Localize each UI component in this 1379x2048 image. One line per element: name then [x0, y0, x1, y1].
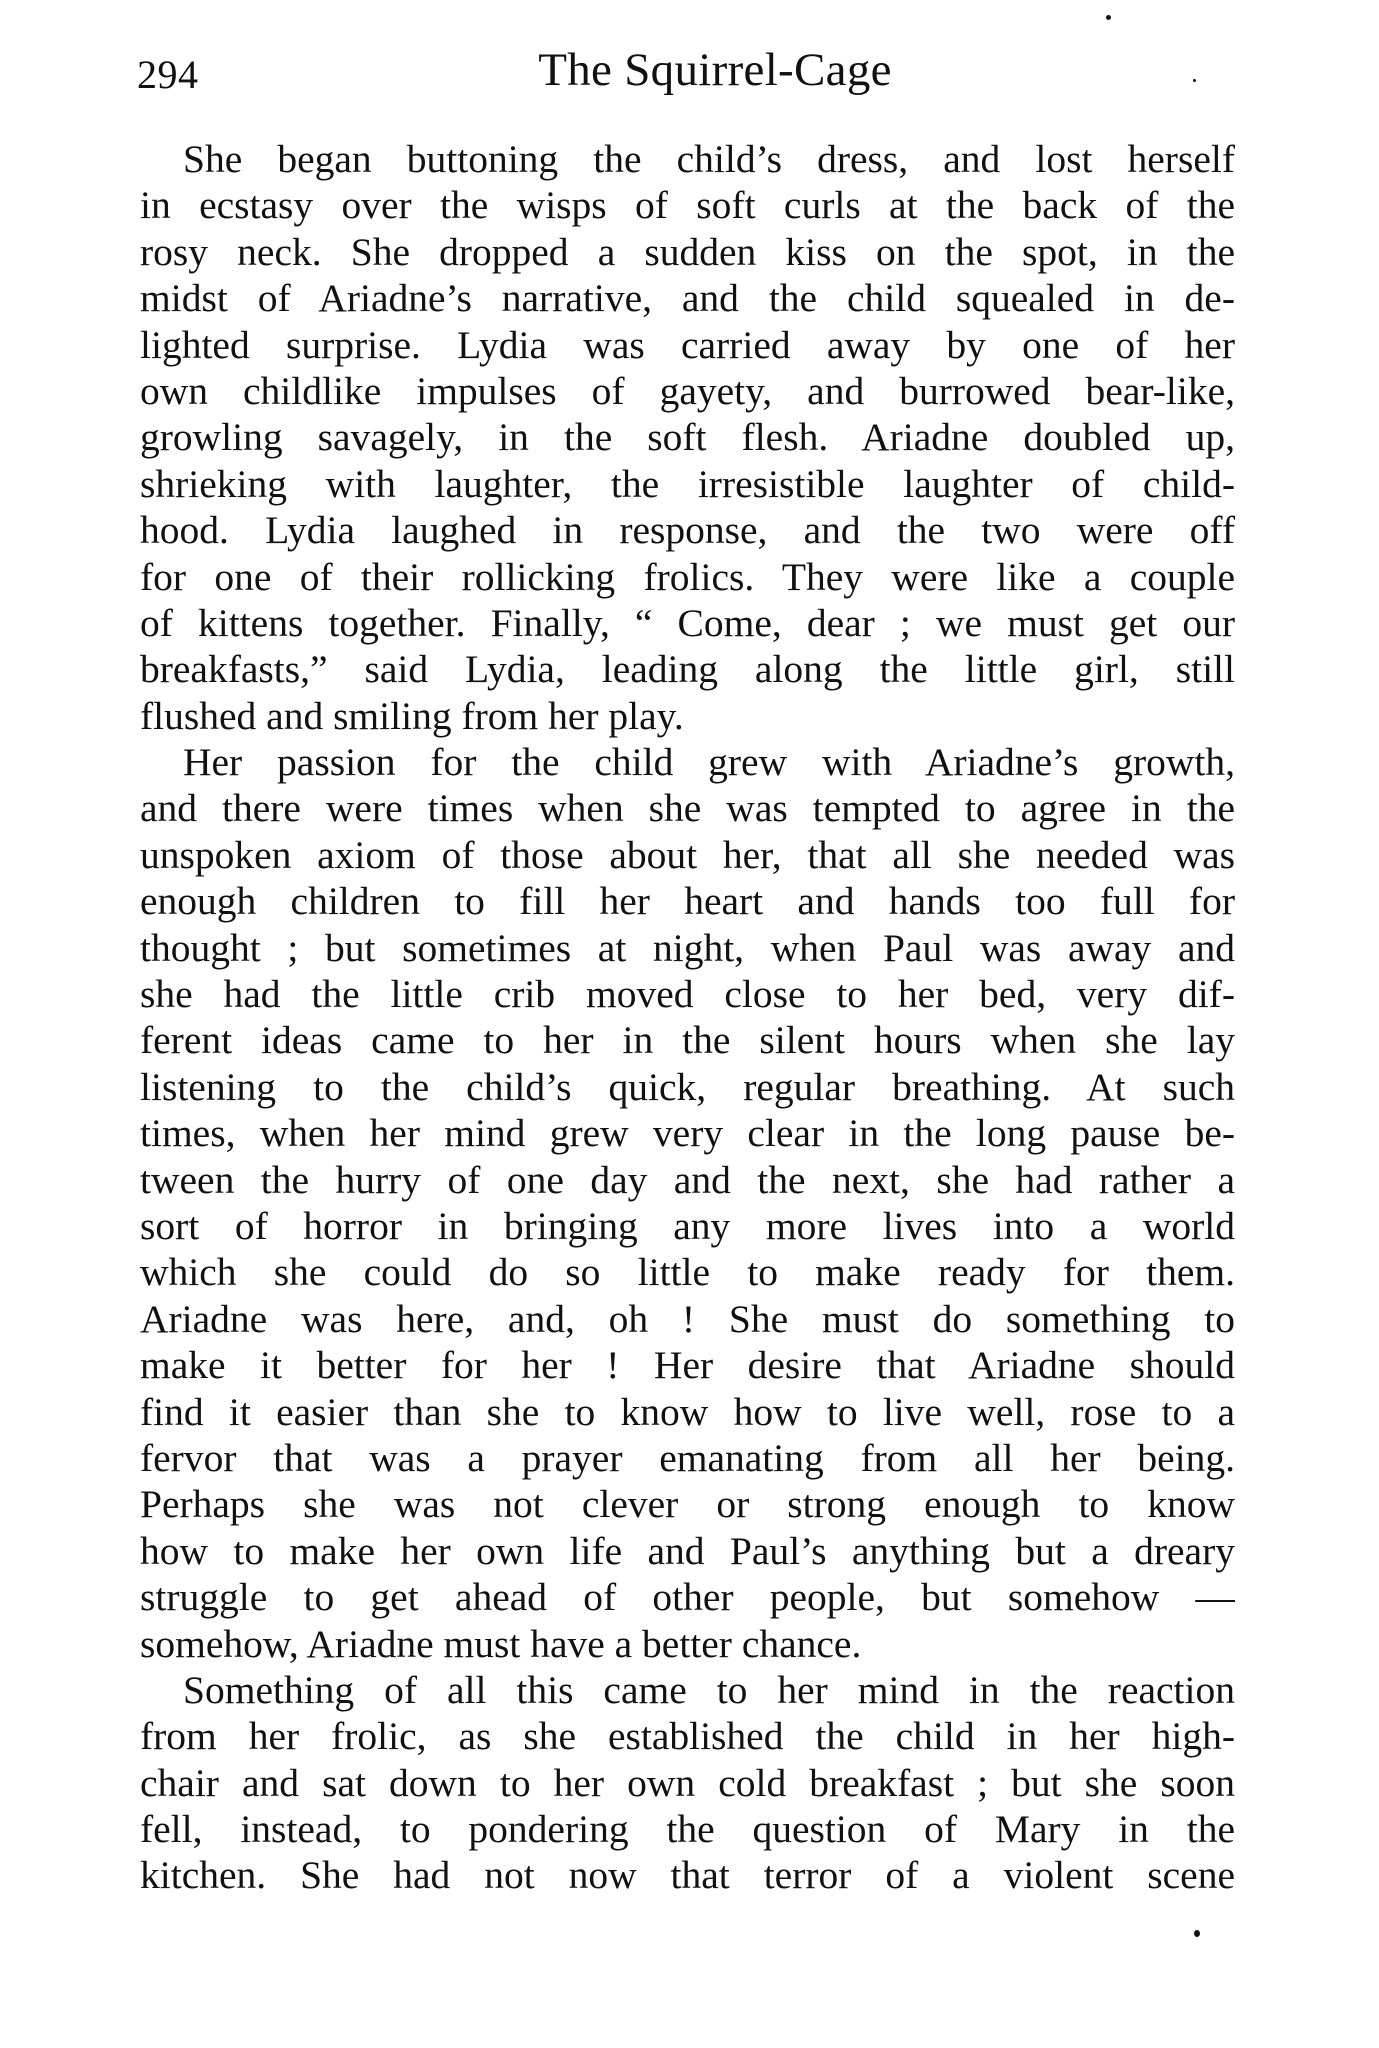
- text-line: kitchen. She had not now that terror of …: [140, 1852, 1235, 1898]
- text-line: own childlike impulses of gayety, and bu…: [140, 368, 1235, 414]
- paragraph: Something of all this came to her mind i…: [140, 1667, 1235, 1899]
- text-line: from her frolic, as she established the …: [140, 1713, 1235, 1759]
- text-line: growling savagely, in the soft flesh. Ar…: [140, 414, 1235, 460]
- text-line: Her passion for the child grew with Aria…: [140, 739, 1235, 785]
- text-line: She began buttoning the child’s dress, a…: [140, 136, 1235, 182]
- text-line: enough children to fill her heart and ha…: [140, 878, 1235, 924]
- text-line: rosy neck. She dropped a sudden kiss on …: [140, 229, 1235, 275]
- text-line: somehow, Ariadne must have a better chan…: [140, 1621, 1235, 1667]
- text-line: times, when her mind grew very clear in …: [140, 1110, 1235, 1156]
- text-line: thought ; but sometimes at night, when P…: [140, 925, 1235, 971]
- text-line: find it easier than she to know how to l…: [140, 1389, 1235, 1435]
- text-line: fell, instead, to pondering the question…: [140, 1806, 1235, 1852]
- scan-speck: [1194, 1930, 1200, 1937]
- text-line: midst of Ariadne’s narrative, and the ch…: [140, 275, 1235, 321]
- text-line: which she could do so little to make rea…: [140, 1249, 1235, 1295]
- text-line: she had the little crib moved close to h…: [140, 971, 1235, 1017]
- text-line: chair and sat down to her own cold break…: [140, 1760, 1235, 1806]
- scan-speck: [1193, 79, 1196, 82]
- text-line: make it better for her ! Her desire that…: [140, 1342, 1235, 1388]
- paragraph: Her passion for the child grew with Aria…: [140, 739, 1235, 1667]
- text-line: Ariadne was here, and, oh ! She must do …: [140, 1296, 1235, 1342]
- text-line: of kittens together. Finally, “ Come, de…: [140, 600, 1235, 646]
- text-line: shrieking with laughter, the irresistibl…: [140, 461, 1235, 507]
- text-line: lighted surprise. Lydia was carried away…: [140, 322, 1235, 368]
- text-line: breakfasts,” said Lydia, leading along t…: [140, 646, 1235, 692]
- body-text: She began buttoning the child’s dress, a…: [140, 136, 1235, 1899]
- running-title: The Squirrel-Cage: [520, 44, 910, 96]
- text-line: how to make her own life and Paul’s anyt…: [140, 1528, 1235, 1574]
- text-line: Something of all this came to her mind i…: [140, 1667, 1235, 1713]
- page-number: 294: [137, 52, 199, 98]
- text-line: flushed and smiling from her play.: [140, 693, 1235, 739]
- text-line: ferent ideas came to her in the silent h…: [140, 1017, 1235, 1063]
- text-line: tween the hurry of one day and the next,…: [140, 1157, 1235, 1203]
- text-line: unspoken axiom of those about her, that …: [140, 832, 1235, 878]
- text-line: hood. Lydia laughed in response, and the…: [140, 507, 1235, 553]
- text-line: for one of their rollicking frolics. The…: [140, 554, 1235, 600]
- text-line: listening to the child’s quick, regular …: [140, 1064, 1235, 1110]
- text-line: and there were times when she was tempte…: [140, 785, 1235, 831]
- text-line: sort of horror in bringing any more live…: [140, 1203, 1235, 1249]
- text-line: fervor that was a prayer emanating from …: [140, 1435, 1235, 1481]
- text-line: Perhaps she was not clever or strong eno…: [140, 1481, 1235, 1527]
- text-line: struggle to get ahead of other people, b…: [140, 1574, 1235, 1620]
- scan-speck: [1106, 15, 1111, 20]
- text-line: in ecstasy over the wisps of soft curls …: [140, 182, 1235, 228]
- paragraph: She began buttoning the child’s dress, a…: [140, 136, 1235, 739]
